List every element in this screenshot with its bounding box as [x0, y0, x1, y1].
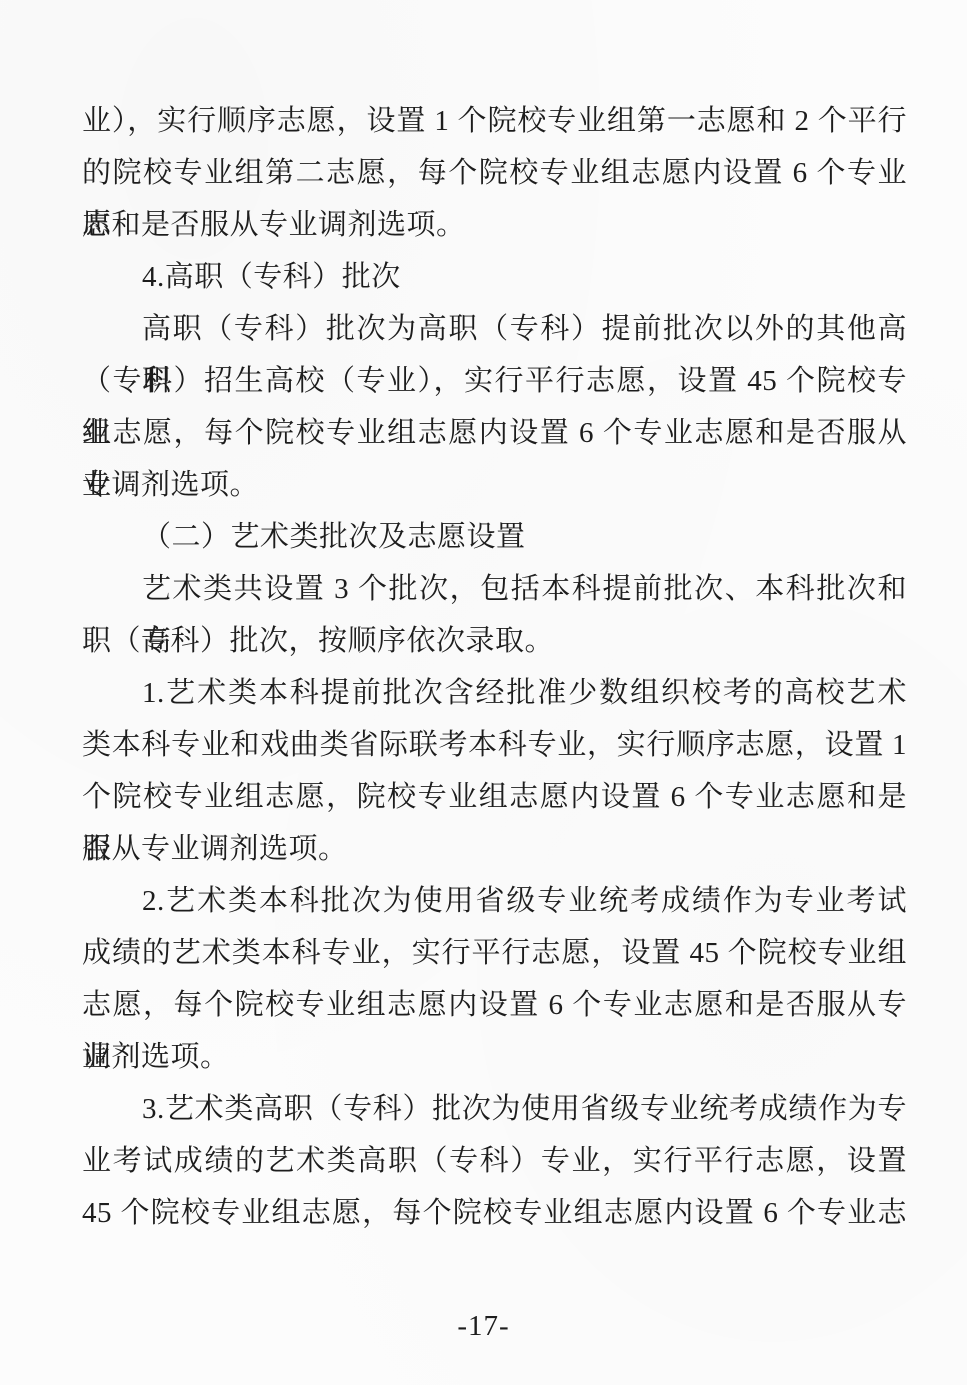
text-line: 高职（专科）批次为高职（专科）提前批次以外的其他高职: [82, 303, 907, 355]
text-line: 的院校专业组第二志愿，每个院校专业组志愿内设置 6 个专业志: [82, 147, 907, 199]
text-line: 调剂选项。: [82, 1031, 907, 1083]
text-line: 业调剂选项。: [82, 459, 907, 511]
text-line: 服从专业调剂选项。: [82, 823, 907, 875]
text-line: 艺术类共设置 3 个批次，包括本科提前批次、本科批次和高: [82, 563, 907, 615]
document-text-block: 业），实行顺序志愿，设置 1 个院校专业组第一志愿和 2 个平行的院校专业组第二…: [82, 95, 907, 1239]
text-line: 业考试成绩的艺术类高职（专科）专业，实行平行志愿，设置: [82, 1135, 907, 1187]
text-line: 志愿，每个院校专业组志愿内设置 6 个专业志愿和是否服从专业: [82, 979, 907, 1031]
page-number: -17-: [457, 1310, 509, 1342]
text-line: （专科）招生高校（专业），实行平行志愿，设置 45 个院校专业: [82, 355, 907, 407]
text-line: 类本科专业和戏曲类省际联考本科专业，实行顺序志愿，设置 1: [82, 719, 907, 771]
text-line: 愿和是否服从专业调剂选项。: [82, 199, 907, 251]
text-line: 个院校专业组志愿，院校专业组志愿内设置 6 个专业志愿和是否: [82, 771, 907, 823]
text-line: 1.艺术类本科提前批次含经批准少数组织校考的高校艺术: [82, 667, 907, 719]
text-line: 4.高职（专科）批次: [82, 251, 907, 303]
text-line: 3.艺术类高职（专科）批次为使用省级专业统考成绩作为专: [82, 1083, 907, 1135]
text-line: （二）艺术类批次及志愿设置: [82, 511, 907, 563]
text-line: 成绩的艺术类本科专业，实行平行志愿，设置 45 个院校专业组: [82, 927, 907, 979]
text-line: 职（专科）批次，按顺序依次录取。: [82, 615, 907, 667]
text-line: 2.艺术类本科批次为使用省级专业统考成绩作为专业考试: [82, 875, 907, 927]
document-page: 业），实行顺序志愿，设置 1 个院校专业组第一志愿和 2 个平行的院校专业组第二…: [0, 0, 967, 1385]
text-line: 组志愿，每个院校专业组志愿内设置 6 个专业志愿和是否服从专: [82, 407, 907, 459]
page-footer: -17-: [0, 1300, 967, 1352]
text-line: 业），实行顺序志愿，设置 1 个院校专业组第一志愿和 2 个平行: [82, 95, 907, 147]
text-line: 45 个院校专业组志愿，每个院校专业组志愿内设置 6 个专业志: [82, 1187, 907, 1239]
